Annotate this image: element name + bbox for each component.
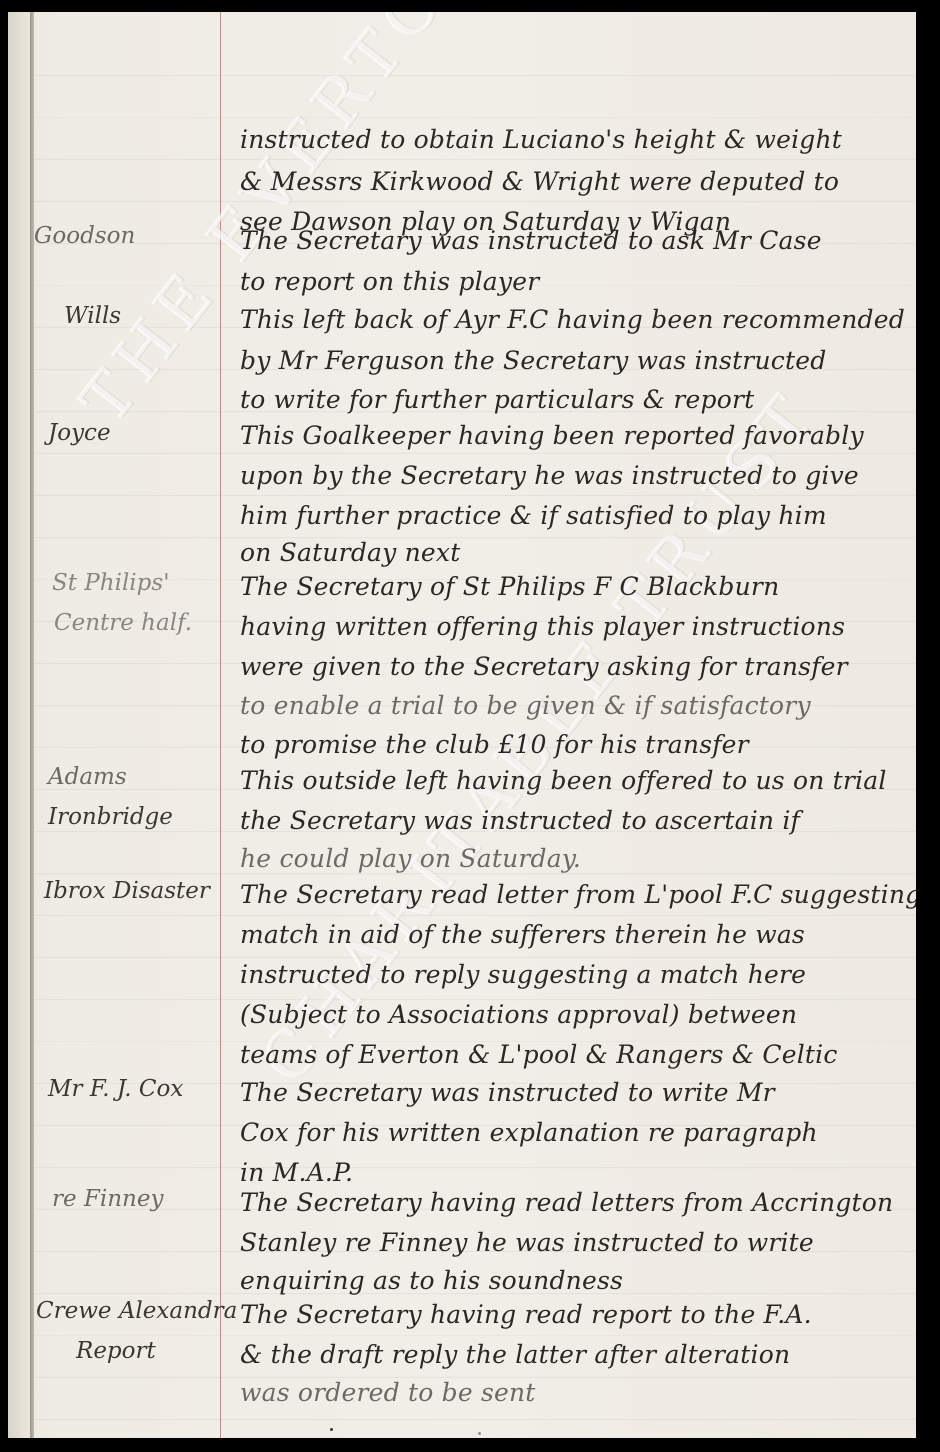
margin-label: Crewe Alexandra <box>36 1300 237 1323</box>
margin-label: Report <box>76 1340 156 1363</box>
entry-line: were given to the Secretary asking for t… <box>240 654 848 679</box>
margin-label: Goodson <box>34 225 135 248</box>
entry-line: upon by the Secretary he was instructed … <box>240 463 859 488</box>
entry-line: The Secretary of St Philips F C Blackbur… <box>240 574 779 599</box>
margin-label: Ibrox Disaster <box>44 880 210 903</box>
entry-line: The Secretary having read letters from A… <box>240 1190 893 1215</box>
entry-line: (Subject to Associations approval) betwe… <box>240 1002 797 1027</box>
entry-line: to enable a trial to be given & if satis… <box>240 693 811 718</box>
entry-line: match in aid of the sufferers therein he… <box>240 922 805 947</box>
entry-line: enquiring as to his soundness <box>240 1268 623 1293</box>
entry-line: The Secretary read letter from L'pool F.… <box>240 882 916 907</box>
entry-line: by Mr Ferguson the Secretary was instruc… <box>240 348 826 373</box>
entry-line: was ordered to be sent <box>240 1380 536 1405</box>
entry-line: on Saturday next <box>240 540 460 565</box>
margin-label: Mr F. J. Cox <box>48 1078 183 1101</box>
entry-line: him further practice & if satisfied to p… <box>240 503 827 528</box>
binding-shadow <box>8 12 30 1438</box>
entry-line: to report on this player <box>240 269 539 294</box>
margin-label: re Finney <box>52 1188 163 1211</box>
margin-label: Ironbridge <box>48 806 173 829</box>
entry-line: having written offering this player inst… <box>240 614 845 639</box>
entry-line: to promise the club £10 for his transfer <box>240 732 749 757</box>
margin-label: Centre half. <box>54 612 192 635</box>
entry-line: Cox for his written explanation re parag… <box>240 1120 818 1145</box>
margin-rule <box>220 12 221 1438</box>
entry-line: This outside left having been offered to… <box>240 768 887 793</box>
ink-speck <box>478 1432 481 1435</box>
entry-line: in M.A.P. <box>240 1160 353 1185</box>
entry-line: The Secretary having read report to the … <box>240 1302 812 1327</box>
entry-line: teams of Everton & L'pool & Rangers & Ce… <box>240 1042 838 1067</box>
entry-line: This left back of Ayr F.C having been re… <box>240 307 905 332</box>
entry-line: to write for further particulars & repor… <box>240 387 754 412</box>
margin-label: St Philips' <box>52 572 170 595</box>
entry-line: the Secretary was instructed to ascertai… <box>240 808 800 833</box>
margin-label: Joyce <box>48 422 111 445</box>
entry-line: & the draft reply the latter after alter… <box>240 1342 790 1367</box>
margin-label: Wills <box>64 305 121 328</box>
entry-line: instructed to reply suggesting a match h… <box>240 962 806 987</box>
entry-line: The Secretary was instructed to ask Mr C… <box>240 228 822 253</box>
entry-line: & Messrs Kirkwood & Wright were deputed … <box>240 169 839 194</box>
entry-line: he could play on Saturday. <box>240 846 581 871</box>
entry-line: instructed to obtain Luciano's height & … <box>240 127 842 152</box>
ledger-page: THE EVERTON COLLECTION CHARITABLE TRUST … <box>8 12 916 1438</box>
entry-line: The Secretary was instructed to write Mr <box>240 1080 775 1105</box>
margin-label: Adams <box>48 766 127 789</box>
ink-speck <box>330 1428 333 1431</box>
entry-line: This Goalkeeper having been reported fav… <box>240 423 864 448</box>
entry-line: Stanley re Finney he was instructed to w… <box>240 1230 814 1255</box>
